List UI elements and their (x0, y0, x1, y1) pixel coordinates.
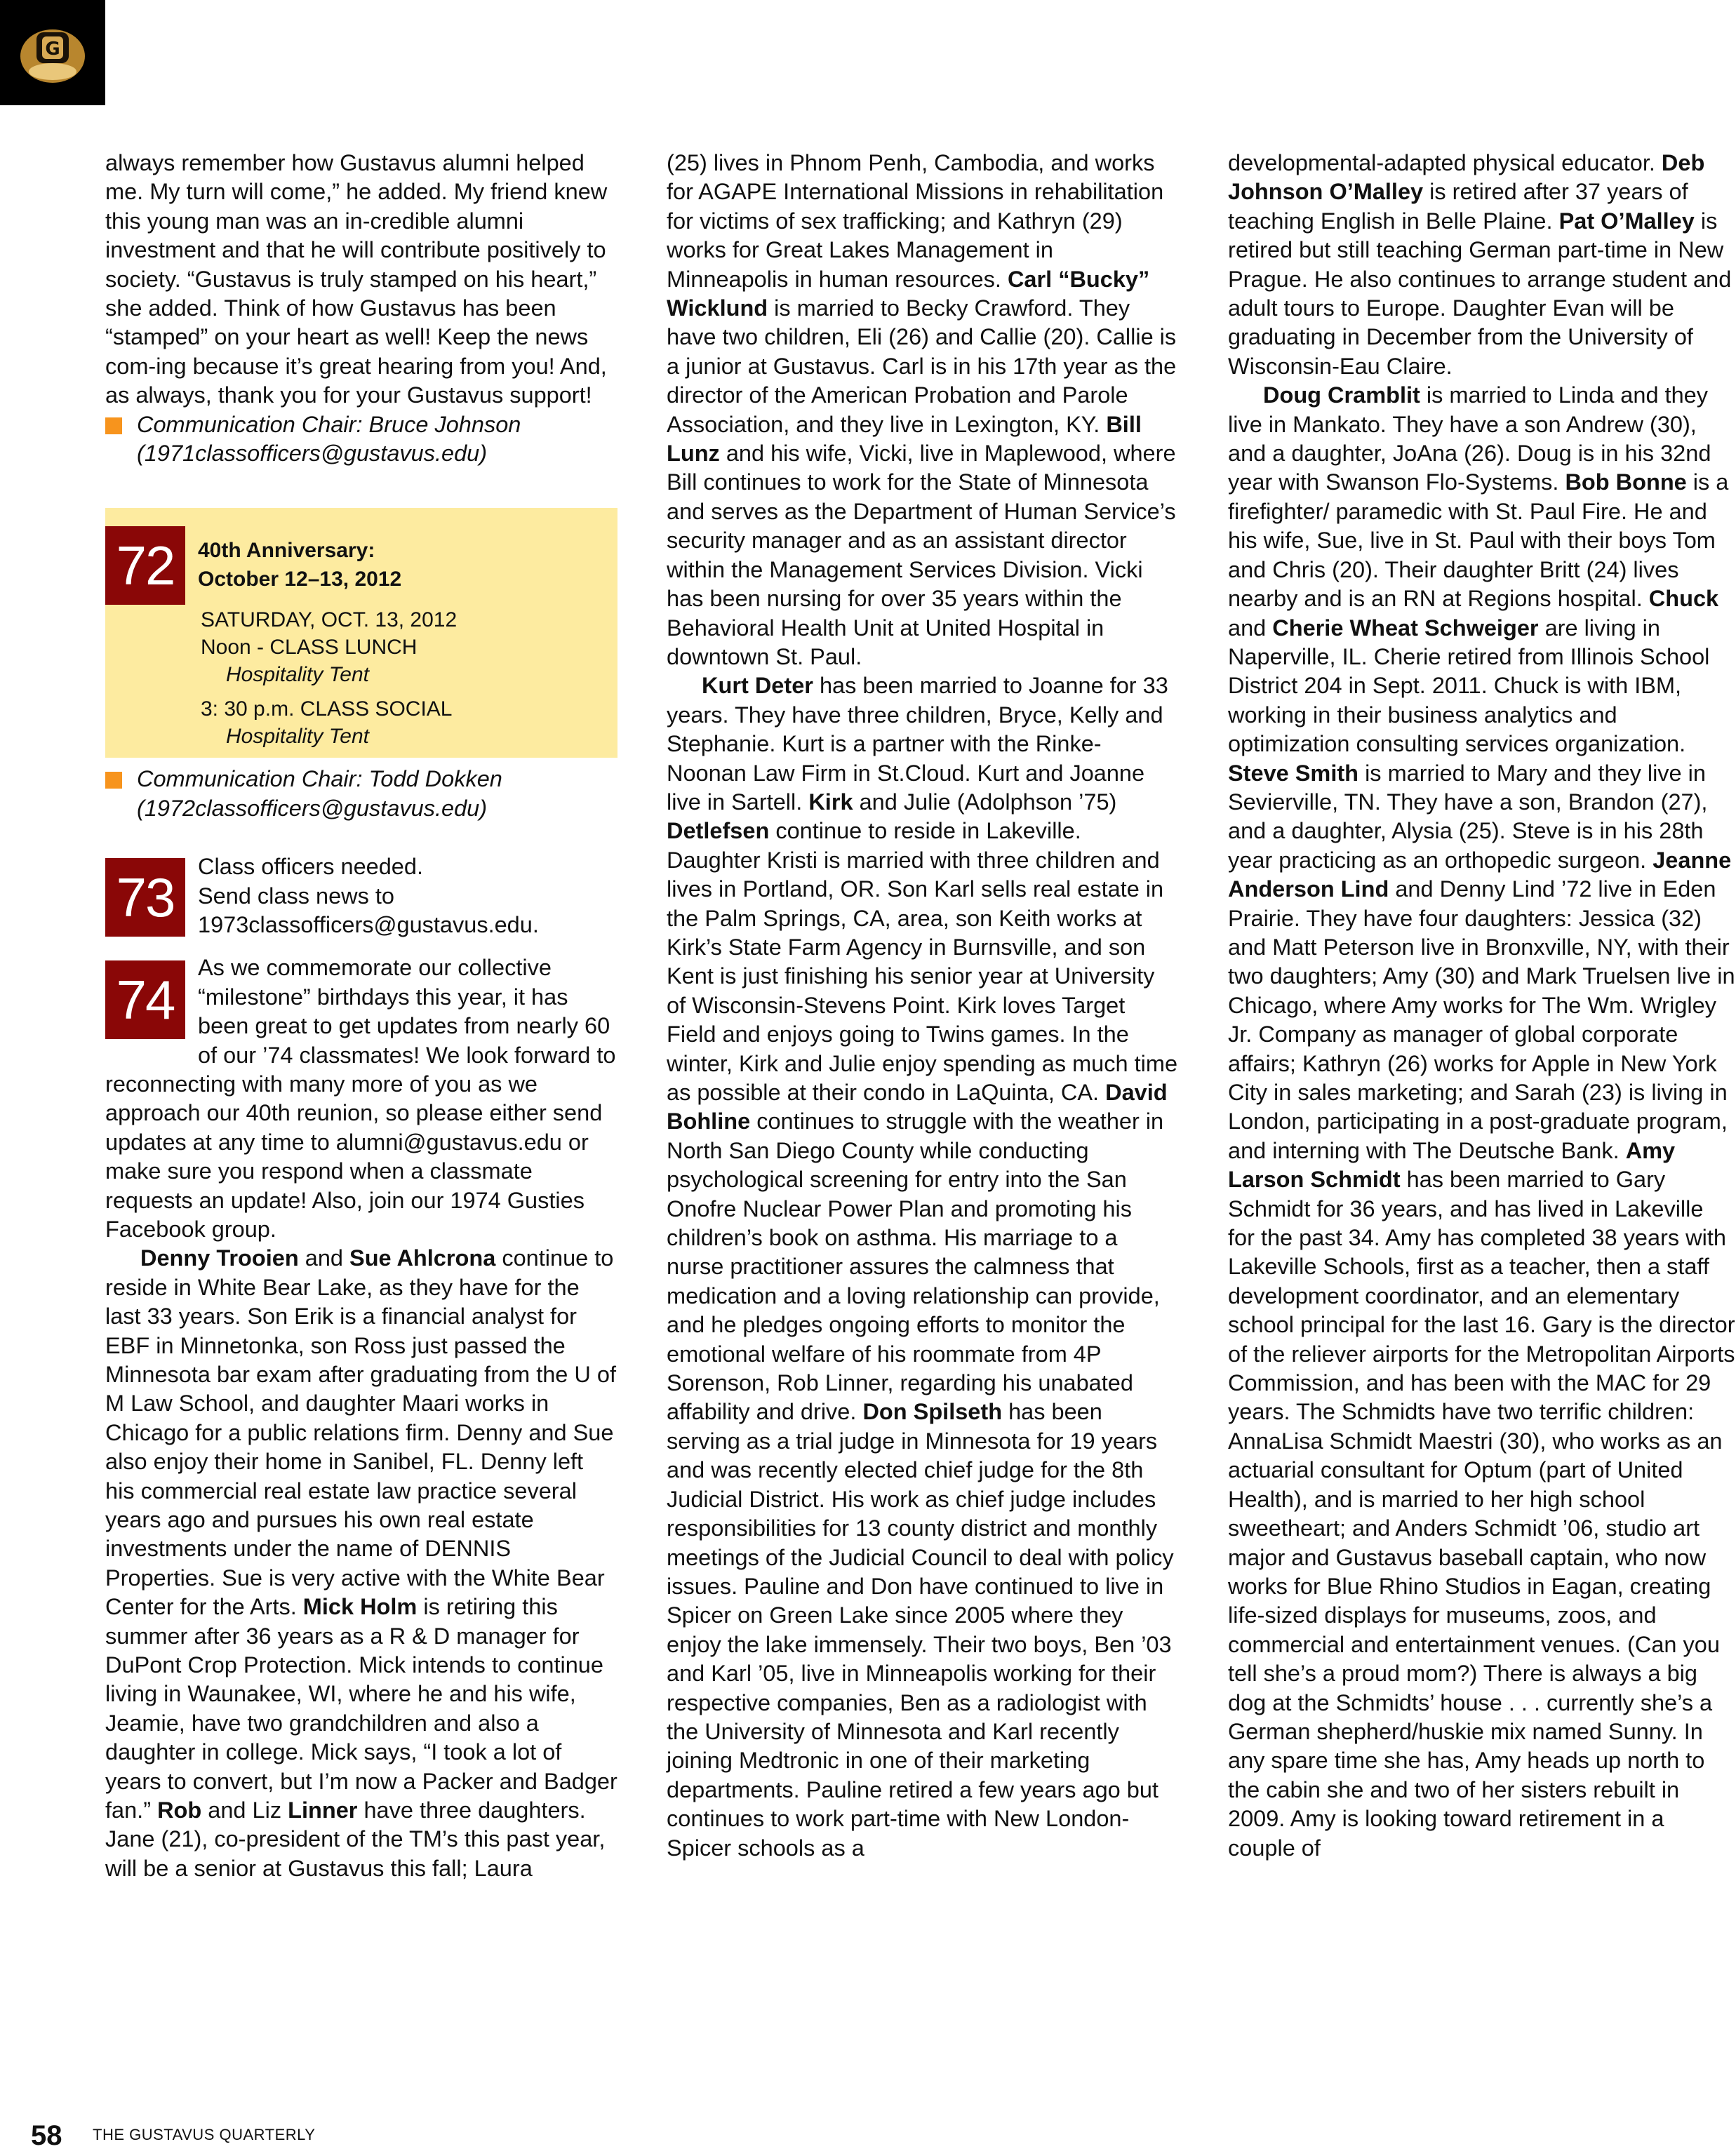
class-year-badge: 74 (105, 960, 185, 1039)
communication-chair-1972: Communication Chair: Todd Dokken (1972cl… (105, 765, 617, 823)
class-1973-email[interactable]: 1973classofficers@gustavus.edu. (198, 911, 539, 939)
gustavus-class-ring-icon: G (0, 0, 105, 105)
gustavus-ring-logo: G (0, 0, 105, 105)
column-middle: (25) lives in Phnom Penh, Cambodia, and … (667, 149, 1179, 1863)
event-schedule: SATURDAY, OCT. 13, 2012 Noon - CLASS LUN… (201, 606, 457, 750)
svg-text:G: G (45, 39, 60, 60)
column-right: developmental-adapted physical educator.… (1228, 149, 1736, 1863)
class-1974-section: 74 As we commemorate our collective “mil… (105, 953, 617, 1883)
orange-bullet-icon (105, 772, 122, 789)
page-number: 58 (31, 2120, 62, 2152)
class-1972-event-box: 72 40th Anniversary: October 12–13, 2012… (105, 508, 617, 758)
anniversary-title: 40th Anniversary: October 12–13, 2012 (198, 536, 401, 594)
class-1971-text: always remember how Gustavus alumni help… (105, 149, 617, 410)
class-year-badge: 72 (105, 526, 185, 605)
publication-title: THE GUSTAVUS QUARTERLY (93, 2126, 315, 2144)
class-1973-section: 73 Class officers needed. Send class new… (105, 852, 617, 930)
orange-bullet-icon (105, 417, 122, 434)
communication-chair-1971: Communication Chair: Bruce Johnson (1971… (105, 410, 617, 469)
class-year-badge: 73 (105, 858, 185, 937)
column-left: always remember how Gustavus alumni help… (105, 149, 617, 1883)
